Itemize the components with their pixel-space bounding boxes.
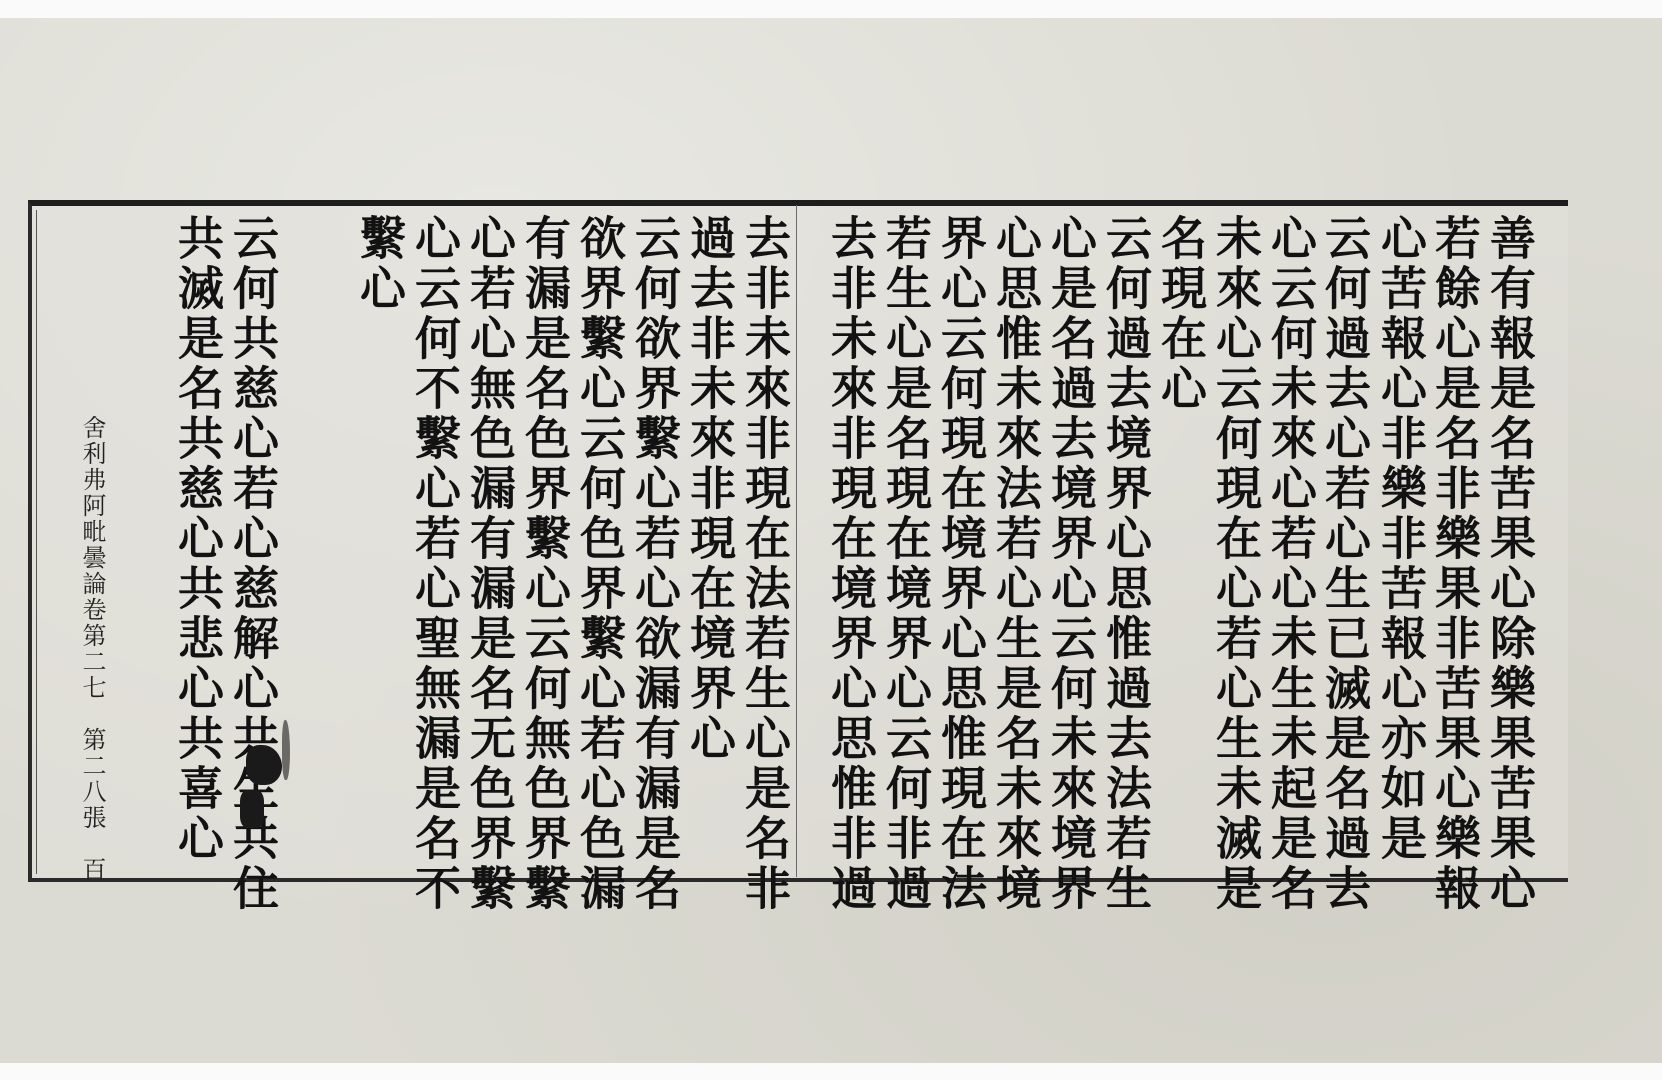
text-column: 善有報是名苦果心除樂果苦果心 bbox=[1487, 214, 1533, 914]
text-column: 過去非未來非現在境界心 bbox=[687, 214, 733, 764]
text-column: 欲界繫心云何色界繫心若心色漏 bbox=[577, 214, 623, 914]
text-column: 去非未來非現在法若生心是名非 bbox=[742, 214, 788, 914]
text-column: 心思惟未來法若心生是名未來境 bbox=[993, 214, 1039, 914]
text-column: 云何過去境界心思惟過去法若生 bbox=[1103, 214, 1149, 914]
text-column: 心云何不繫心若心聖無漏是名不 bbox=[412, 214, 458, 914]
text-column: 共滅是名共慈心共悲心共喜心 bbox=[175, 214, 221, 864]
bottom-margin bbox=[0, 1063, 1662, 1080]
text-column: 心是名過去境界心云何未來境界 bbox=[1048, 214, 1094, 914]
ink-blot bbox=[246, 745, 282, 785]
text-column: 心云何未來心若心未生未起是名 bbox=[1268, 214, 1314, 914]
text-column: 去非未來非現在境界心思惟非過 bbox=[828, 214, 874, 914]
text-column: 有漏是名色界繫心云何無色界繫 bbox=[522, 214, 568, 914]
text-column: 若生心是名現在境界心云何非過 bbox=[883, 214, 929, 914]
text-column: 心苦報心非樂非苦報心亦如是 bbox=[1378, 214, 1424, 864]
text-column: 若餘心是名非樂果非苦果心樂報 bbox=[1432, 214, 1478, 914]
ink-blot bbox=[240, 790, 264, 828]
fold-line bbox=[796, 205, 797, 877]
top-margin bbox=[0, 0, 1662, 18]
text-column: 界心云何現在境界心思惟現在法 bbox=[938, 214, 984, 914]
text-column: 心若心無色漏有漏是名无色界繫 bbox=[467, 214, 513, 914]
text-column: 名現在心 bbox=[1158, 214, 1204, 414]
margin-title-note: 舍利弗阿毗曇論卷第二七 第二八張 百 bbox=[80, 415, 104, 883]
text-column: 繫心 bbox=[357, 214, 403, 314]
text-column: 云何欲界繫心若心欲漏有漏是名 bbox=[632, 214, 678, 914]
text-column: 云何過去心若心生已滅是名過去 bbox=[1322, 214, 1368, 914]
text-column: 未來心云何現在心若心生未滅是 bbox=[1213, 214, 1259, 914]
